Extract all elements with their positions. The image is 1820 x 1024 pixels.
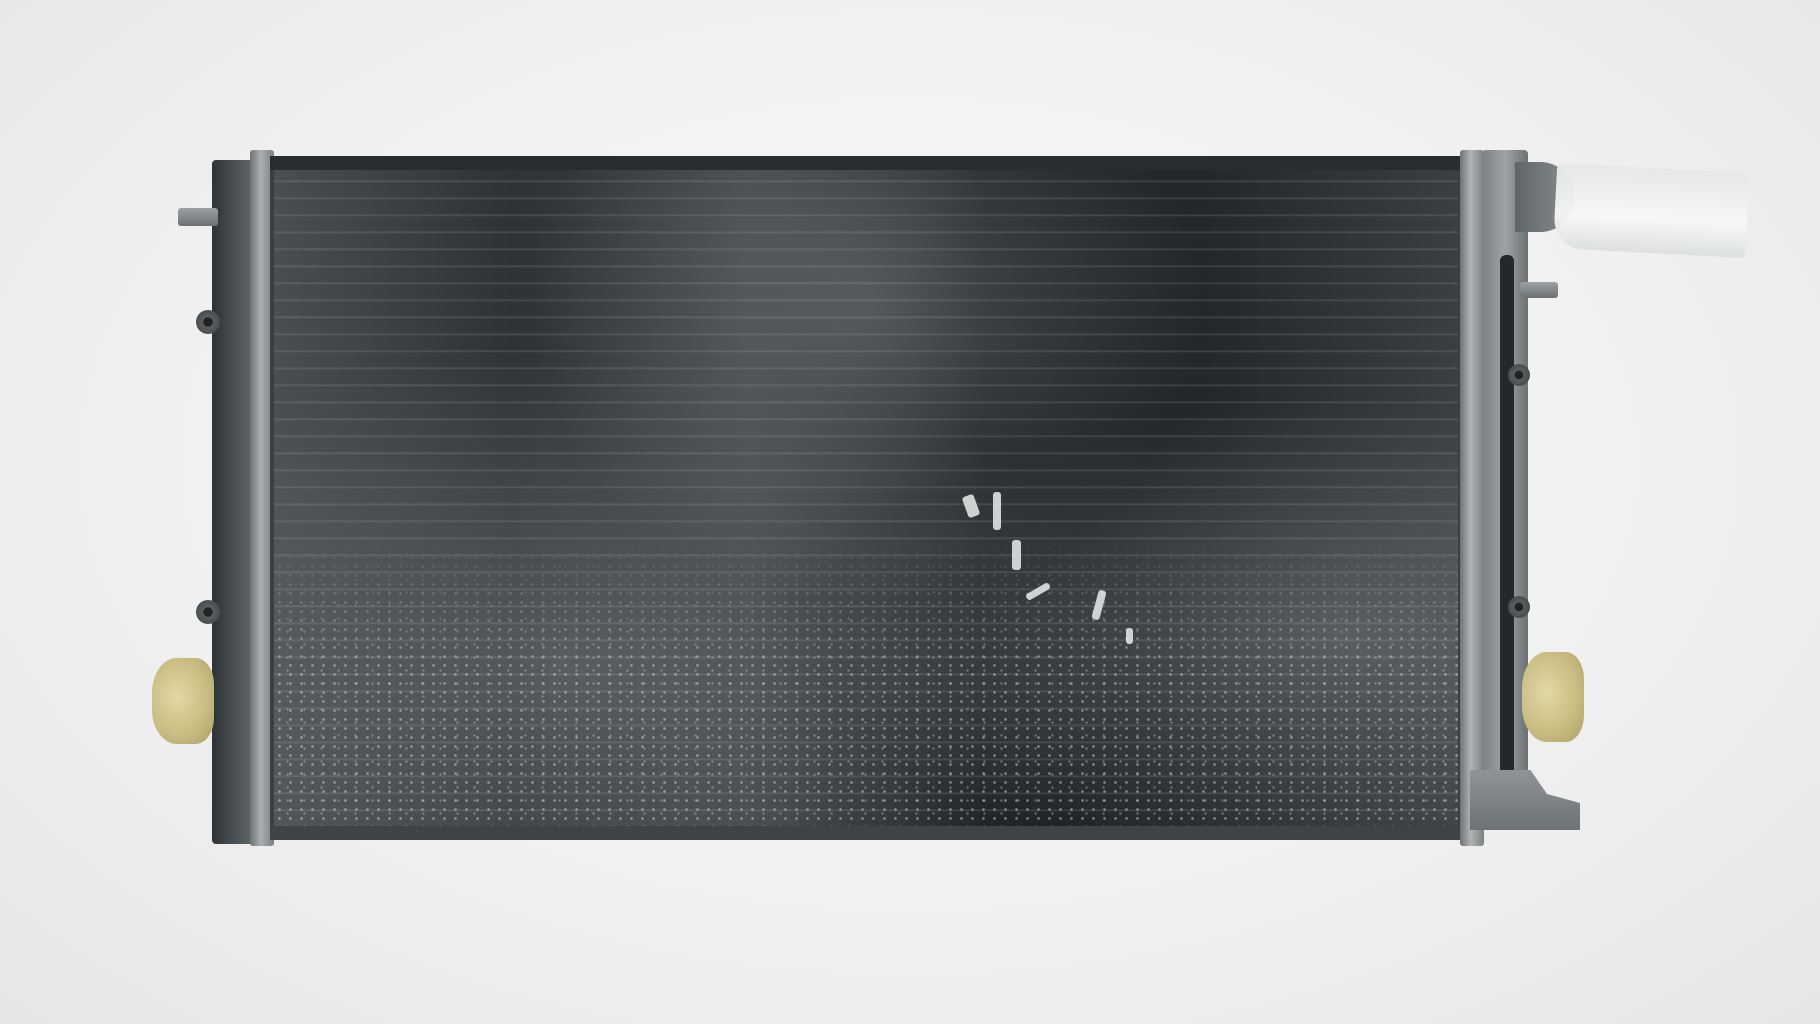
left-bolt-lower [196, 600, 220, 624]
left-upper-pin [178, 208, 218, 226]
radiator-core [270, 162, 1462, 840]
core-bottom-edge [270, 826, 1462, 840]
scratch-mark [1012, 540, 1021, 570]
right-bolt-upper [1508, 364, 1530, 386]
core-top-edge [270, 156, 1462, 170]
outlet-nozzle-cap [1553, 163, 1749, 258]
left-rubber-mount [152, 658, 214, 744]
core-speckle-texture [274, 166, 1458, 836]
right-bottom-foot [1470, 770, 1580, 830]
scratch-mark [1126, 628, 1133, 644]
right-rail [1460, 150, 1484, 846]
right-channel [1500, 255, 1514, 775]
right-bolt-lower [1508, 596, 1530, 618]
left-bolt-upper [196, 310, 220, 334]
right-rubber-mount [1522, 652, 1584, 742]
scratch-mark [993, 492, 1001, 530]
right-upper-pin [1520, 282, 1558, 298]
radiator-photo [0, 0, 1820, 1024]
